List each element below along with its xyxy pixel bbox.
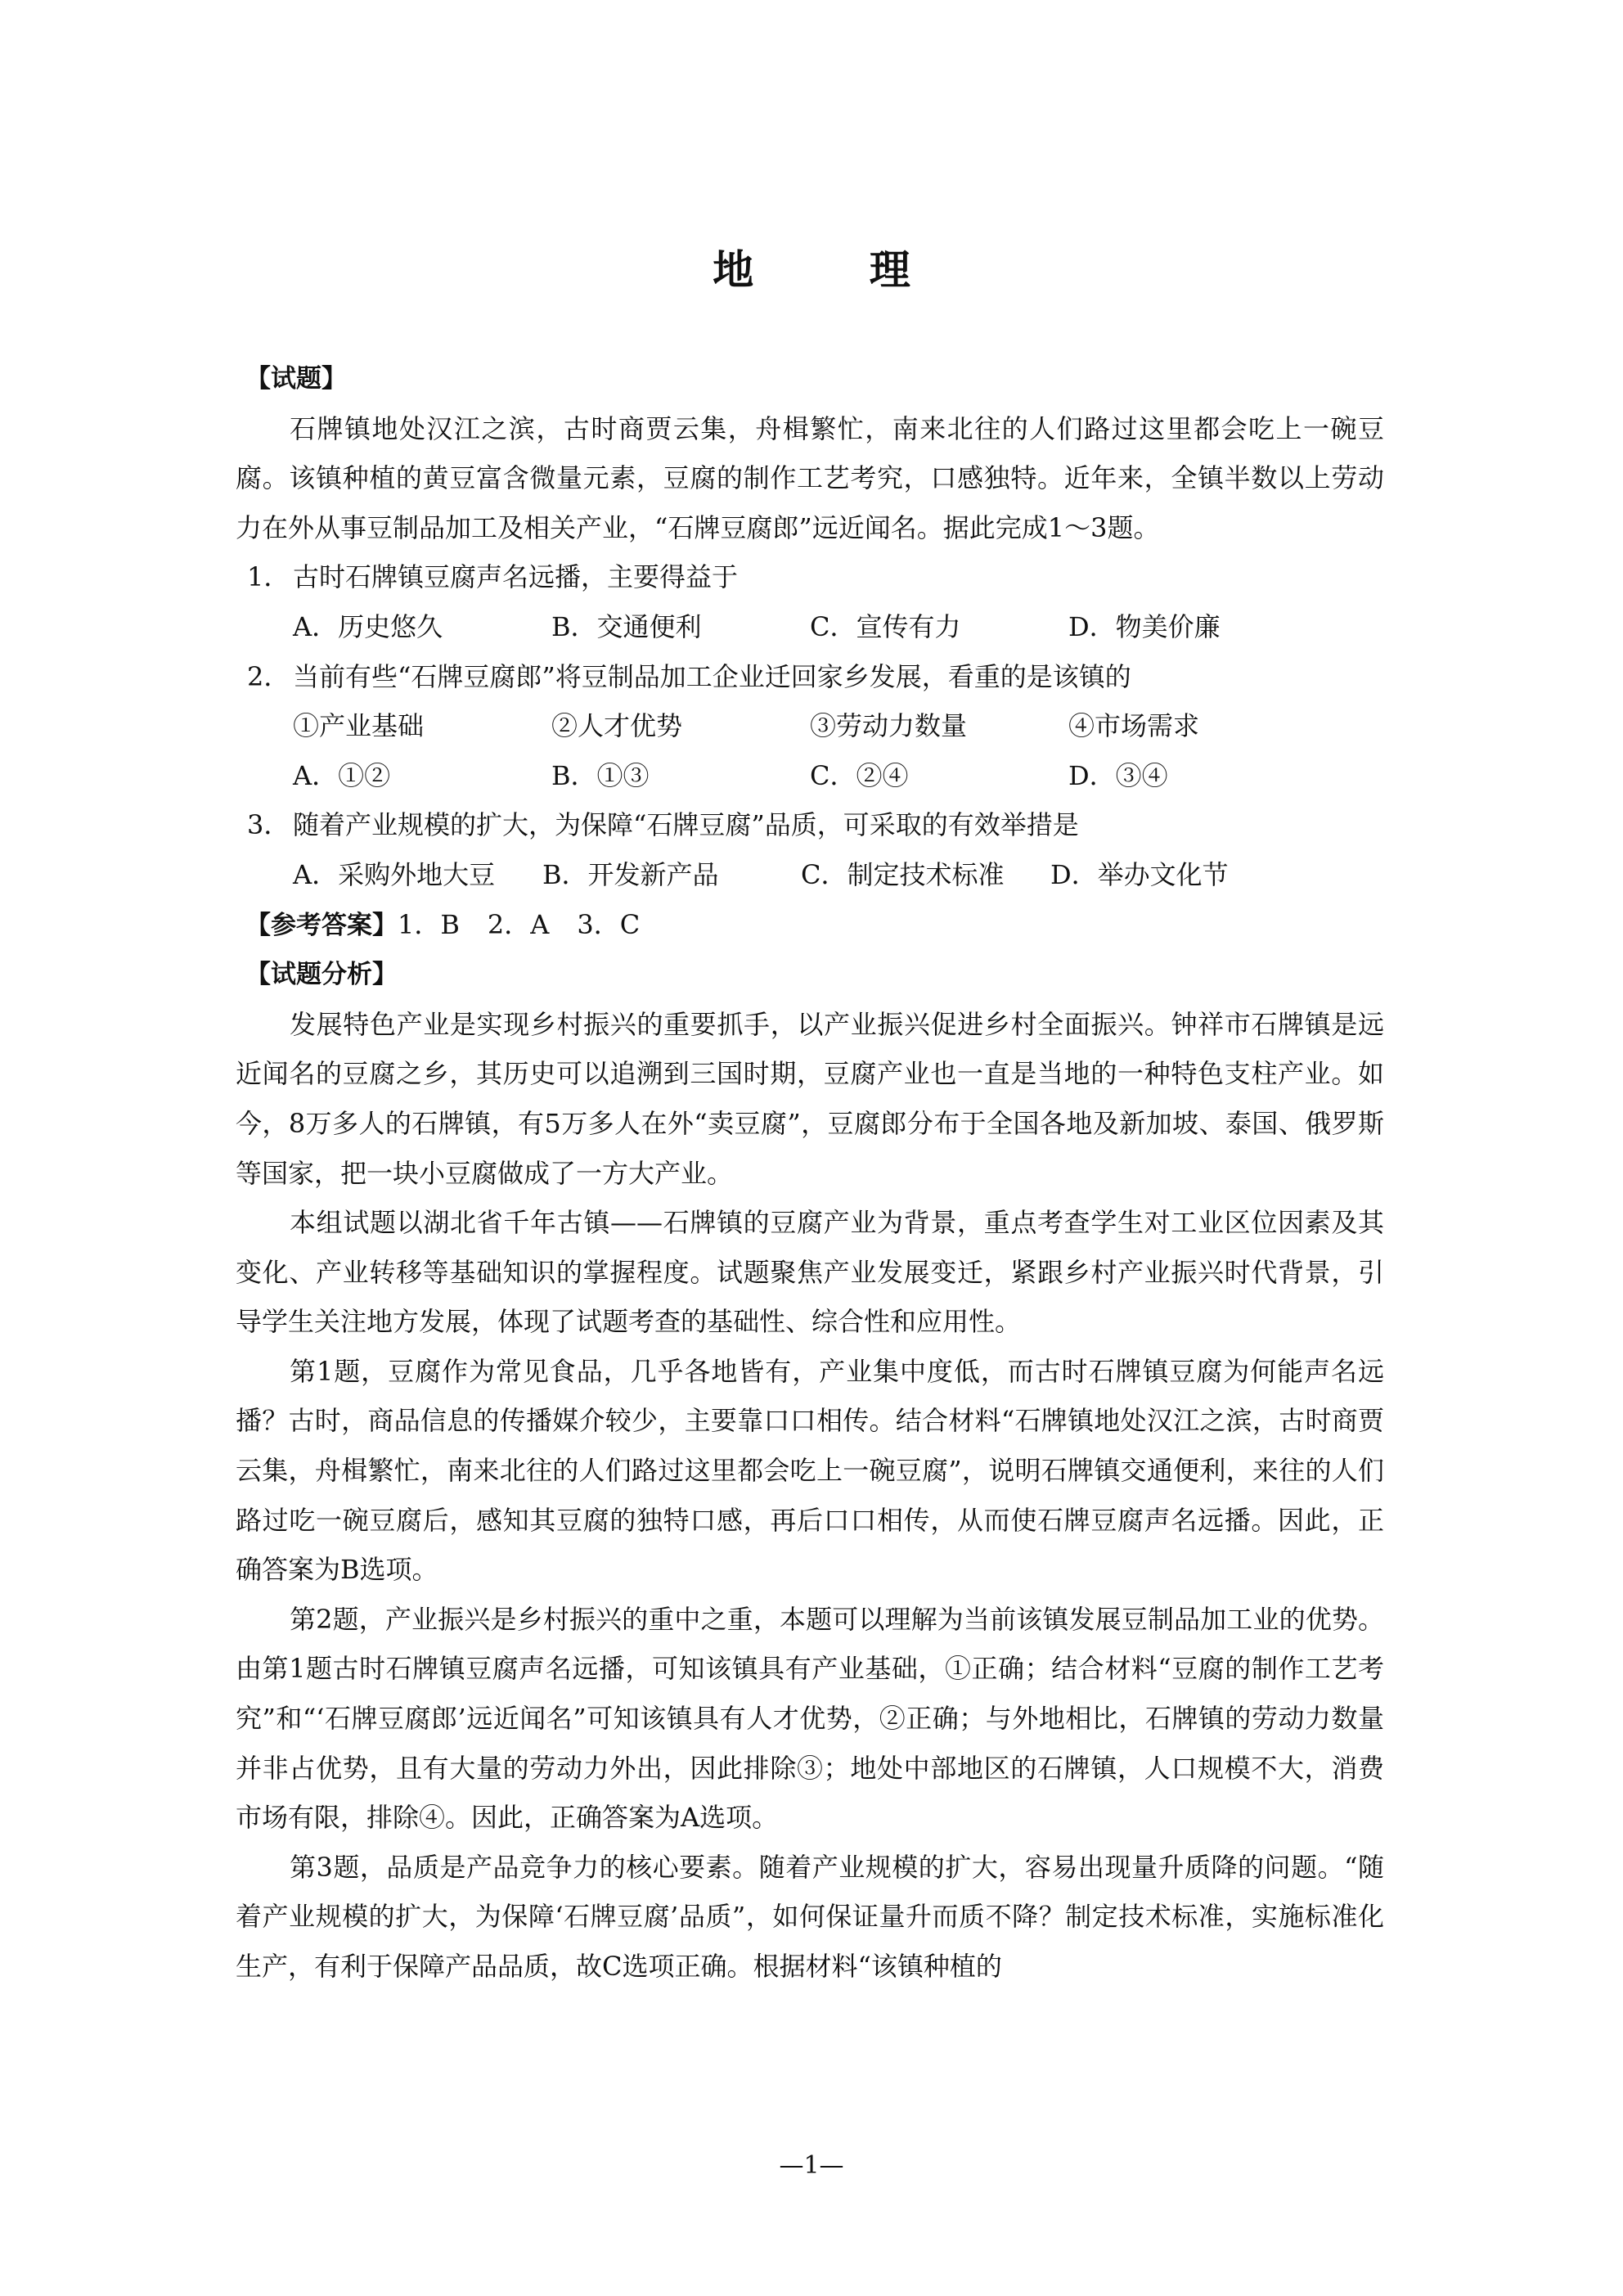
reference-answers: 【参考答案】1．B2．A3．C [236, 900, 1384, 951]
section-heading-question: 【试题】 [236, 354, 1384, 404]
document-body: 【试题】 石牌镇地处汉江之滨，古时商贾云集，舟楫繁忙，南来北往的人们路过这里都会… [236, 354, 1384, 1992]
option-a: A．①② [293, 751, 551, 801]
question-1: 1．古时石牌镇豆腐声名远播，主要得益于 A．历史悠久 B．交通便利 C．宣传有力… [236, 552, 1384, 651]
question-number: 2． [247, 652, 293, 702]
analysis-paragraph: 第1题，豆腐作为常见食品，几乎各地皆有，产业集中度低，而古时石牌镇豆腐为何能声名… [236, 1347, 1384, 1595]
option-d: D．物美价廉 [1068, 602, 1327, 652]
option-c: C．②④ [810, 751, 1068, 801]
question-stem: 3．随着产业规模的扩大，为保障“石牌豆腐”品质，可采取的有效举措是 [236, 800, 1384, 850]
option-d: D．③④ [1068, 751, 1327, 801]
option-a: A．采购外地大豆 [293, 850, 542, 900]
statement-4: ④市场需求 [1068, 701, 1327, 751]
question-intro: 石牌镇地处汉江之滨，古时商贾云集，舟楫繁忙，南来北往的人们路过这里都会吃上一碗豆… [236, 404, 1384, 553]
page-number: —1— [0, 2150, 1623, 2182]
question-stem: 1．古时石牌镇豆腐声名远播，主要得益于 [236, 552, 1384, 602]
question-number: 1． [247, 552, 293, 602]
answer-3: 3．C [577, 909, 640, 940]
analysis-paragraph: 发展特色产业是实现乡村振兴的重要抓手，以产业振兴促进乡村全面振兴。钟祥市石牌镇是… [236, 1000, 1384, 1198]
section-heading-answer: 【参考答案】 [245, 911, 398, 940]
analysis-paragraph: 第2题，产业振兴是乡村振兴的重中之重，本题可以理解为当前该镇发展豆制品加工业的优… [236, 1595, 1384, 1843]
option-d: D．举办文化节 [1050, 850, 1300, 900]
question-text: 古时石牌镇豆腐声名远播，主要得益于 [293, 561, 738, 592]
question-text: 随着产业规模的扩大，为保障“石牌豆腐”品质，可采取的有效举措是 [293, 809, 1079, 840]
option-b: B．开发新产品 [542, 850, 801, 900]
option-a: A．历史悠久 [293, 602, 551, 652]
page-title: 地 理 [0, 237, 1623, 303]
question-stem: 2．当前有些“石牌豆腐郎”将豆制品加工企业迁回家乡发展，看重的是该镇的 [236, 652, 1384, 702]
analysis-paragraph: 第3题，品质是产品竞争力的核心要素。随着产业规模的扩大，容易出现量升质降的问题。… [236, 1843, 1384, 1992]
option-c: C．宣传有力 [810, 602, 1068, 652]
analysis-paragraph: 本组试题以湖北省千年古镇——石牌镇的豆腐产业为背景，重点考查学生对工业区位因素及… [236, 1198, 1384, 1347]
question-text: 当前有些“石牌豆腐郎”将豆制品加工企业迁回家乡发展，看重的是该镇的 [293, 661, 1131, 692]
options-row: A．①② B．①③ C．②④ D．③④ [236, 751, 1384, 801]
question-number: 3． [247, 800, 293, 850]
option-b: B．交通便利 [551, 602, 810, 652]
option-b: B．①③ [551, 751, 810, 801]
options-row: A．采购外地大豆 B．开发新产品 C．制定技术标准 D．举办文化节 [236, 850, 1384, 900]
statement-2: ②人才优势 [551, 701, 810, 751]
answer-1: 1．B [398, 909, 460, 940]
question-2: 2．当前有些“石牌豆腐郎”将豆制品加工企业迁回家乡发展，看重的是该镇的 ①产业基… [236, 652, 1384, 801]
section-heading-analysis: 【试题分析】 [236, 950, 1384, 1000]
option-c: C．制定技术标准 [801, 850, 1050, 900]
statements-row: ①产业基础 ②人才优势 ③劳动力数量 ④市场需求 [236, 701, 1384, 751]
document-page: 地 理 【试题】 石牌镇地处汉江之滨，古时商贾云集，舟楫繁忙，南来北往的人们路过… [0, 0, 1623, 2296]
statement-3: ③劳动力数量 [810, 701, 1068, 751]
question-3: 3．随着产业规模的扩大，为保障“石牌豆腐”品质，可采取的有效举措是 A．采购外地… [236, 800, 1384, 899]
answer-2: 2．A [488, 909, 549, 940]
options-row: A．历史悠久 B．交通便利 C．宣传有力 D．物美价廉 [236, 602, 1384, 652]
statement-1: ①产业基础 [293, 701, 551, 751]
